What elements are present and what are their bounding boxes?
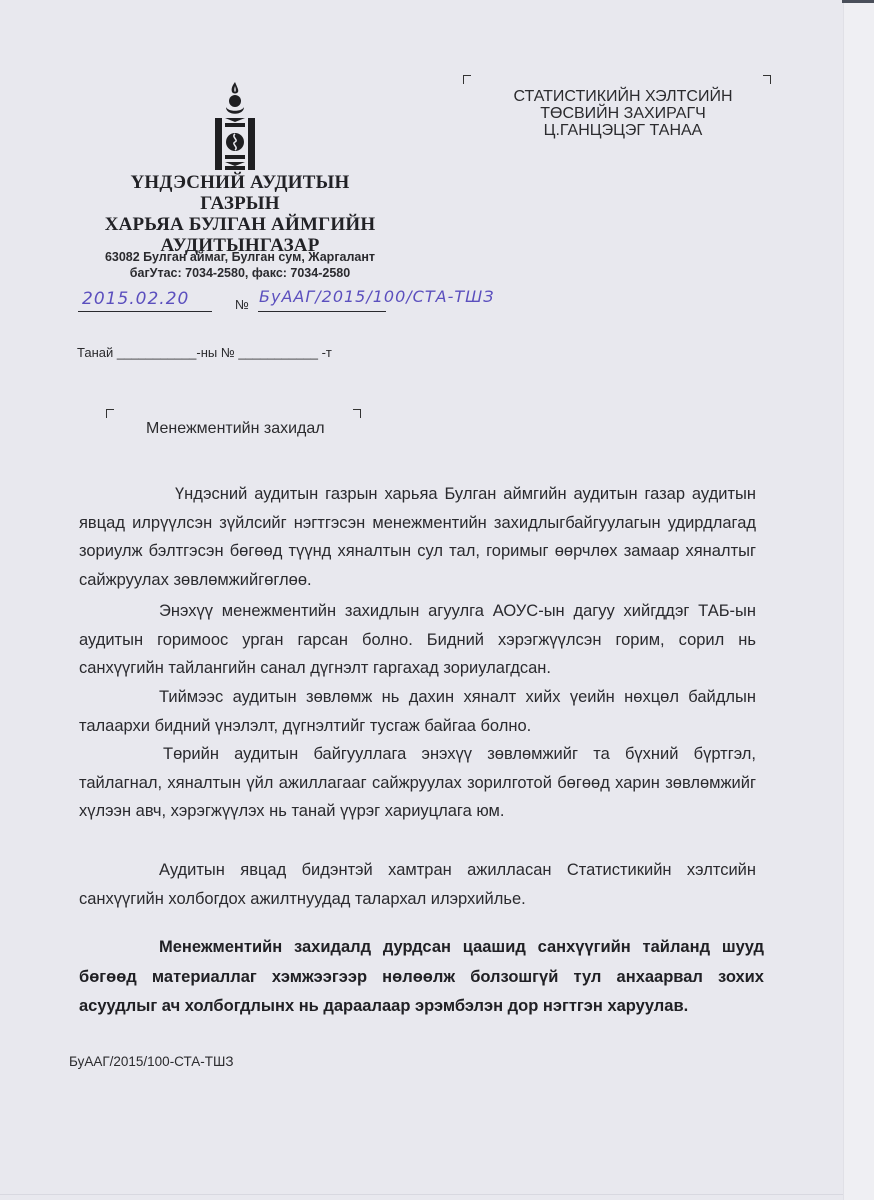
date-underline	[78, 311, 212, 312]
body-paragraph: Үндэсний аудитын газрын харьяа Булган ай…	[79, 480, 756, 594]
paragraph-text: Үндэсний аудитын газрын харьяа Булган ай…	[79, 480, 756, 594]
recipient-line: Ц.ГАНЦЭЦЭГ ТАНАА	[488, 122, 758, 139]
org-name-line: ҮНДЭСНИЙ АУДИТЫН ГАЗРЫН	[90, 172, 390, 214]
paragraph-text: Менежментийн захидалд дурдсан цаашид сан…	[79, 933, 764, 1022]
recipient-corner-mark	[463, 75, 471, 84]
body-paragraph: Аудитын явцад бидэнтэй хамтран ажилласан…	[79, 856, 756, 913]
address-line: 63082 Булган аймаг, Булган сум, Жаргалан…	[80, 249, 400, 265]
recipient-corner-mark	[763, 75, 771, 84]
recipient-line: ТӨСВИЙН ЗАХИРАГЧ	[488, 105, 758, 122]
organization-address: 63082 Булган аймаг, Булган сум, Жаргалан…	[80, 249, 400, 281]
body-paragraph: Энэхүү менежментийн захидлын агуулга АОУ…	[79, 597, 756, 683]
paragraph-text: Аудитын явцад бидэнтэй хамтран ажилласан…	[79, 856, 756, 913]
letter-subject: Менежментийн захидал	[146, 420, 325, 438]
paragraph-text: Энэхүү менежментийн захидлын агуулга АОУ…	[79, 597, 756, 683]
soyombo-emblem-icon	[212, 82, 258, 172]
paragraph-text: Тиймээс аудитын зөвлөмж нь дахин хяналт …	[79, 683, 756, 740]
body-paragraph: Төрийн аудитын байгууллага энэхүү зөвлөм…	[79, 740, 756, 826]
scan-bottom-edge	[0, 1194, 843, 1195]
org-name-line: ХАРЬЯА БУЛГАН АЙМГИЙН	[90, 214, 390, 235]
organization-name: ҮНДЭСНИЙ АУДИТЫН ГАЗРЫН ХАРЬЯА БУЛГАН АЙ…	[90, 172, 390, 256]
address-line: багУтас: 7034-2580, факс: 7034-2580	[80, 265, 400, 281]
recipient-line: СТАТИСТИКИЙН ХЭЛТСИЙН	[488, 88, 758, 105]
scan-edge-shadow	[842, 0, 874, 3]
body-paragraph: Тиймээс аудитын зөвлөмж нь дахин хяналт …	[79, 683, 756, 740]
reference-line: Танай ___________-ны № ___________ -т	[77, 345, 332, 360]
subject-corner-mark	[353, 409, 361, 418]
handwritten-document-number: БуААГ/2015/100/СТА-ТШЗ	[259, 287, 494, 306]
handwritten-date: 2015.02.20	[82, 289, 189, 309]
subject-corner-mark	[106, 409, 114, 418]
body-paragraph-bold: Менежментийн захидалд дурдсан цаашид сан…	[79, 933, 764, 1022]
number-label: №	[235, 297, 249, 312]
number-underline	[258, 311, 386, 312]
footer-reference-number: БуААГ/2015/100-СТА-ТШЗ	[69, 1054, 234, 1069]
scan-edge-strip	[843, 0, 874, 1200]
recipient-block: СТАТИСТИКИЙН ХЭЛТСИЙН ТӨСВИЙН ЗАХИРАГЧ Ц…	[488, 88, 758, 139]
paragraph-text: Төрийн аудитын байгууллага энэхүү зөвлөм…	[79, 740, 756, 826]
